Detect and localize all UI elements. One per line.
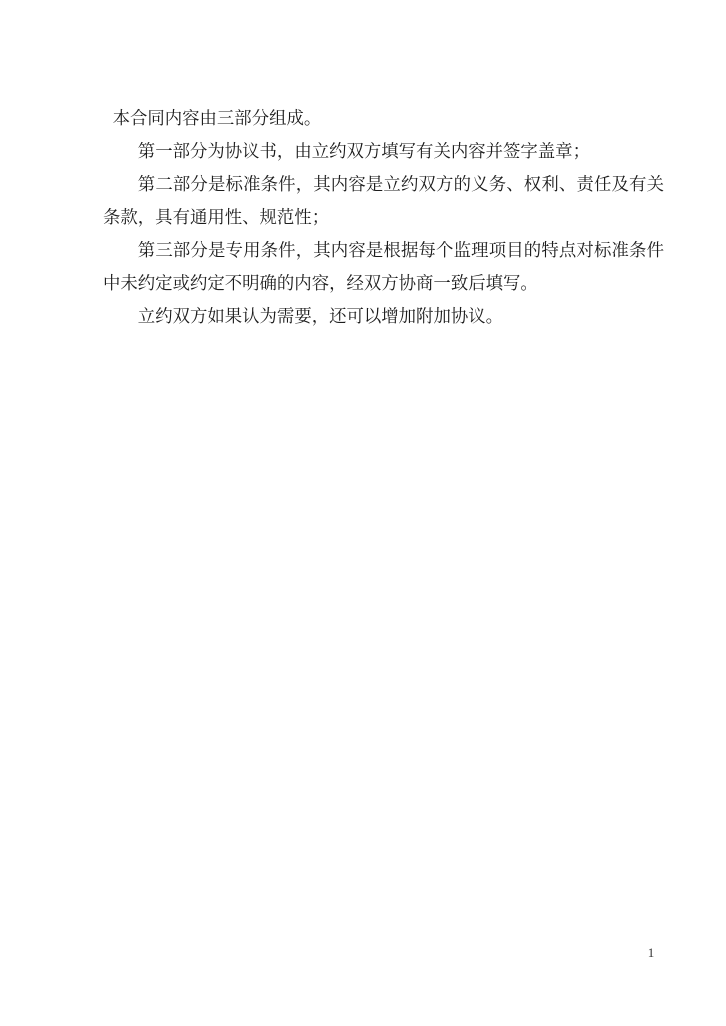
contract-body-text: 本合同内容由三部分组成。 第一部分为协议书，由立约双方填写有关内容并签字盖章； …: [103, 102, 664, 333]
page-number: 1: [636, 943, 666, 963]
paragraph-part-three: 第三部分是专用条件，其内容是根据每个监理项目的特点对标准条件中未约定或约定不明确…: [103, 234, 664, 300]
paragraph-intro: 本合同内容由三部分组成。: [103, 102, 664, 135]
document-page: 本合同内容由三部分组成。 第一部分为协议书，由立约双方填写有关内容并签字盖章； …: [0, 0, 726, 1026]
paragraph-part-two: 第二部分是标准条件，其内容是立约双方的义务、权利、责任及有关条款，具有通用性、规…: [103, 168, 664, 234]
paragraph-part-one: 第一部分为协议书，由立约双方填写有关内容并签字盖章；: [103, 135, 664, 168]
paragraph-additional-agreement: 立约双方如果认为需要，还可以增加附加协议。: [103, 300, 664, 333]
